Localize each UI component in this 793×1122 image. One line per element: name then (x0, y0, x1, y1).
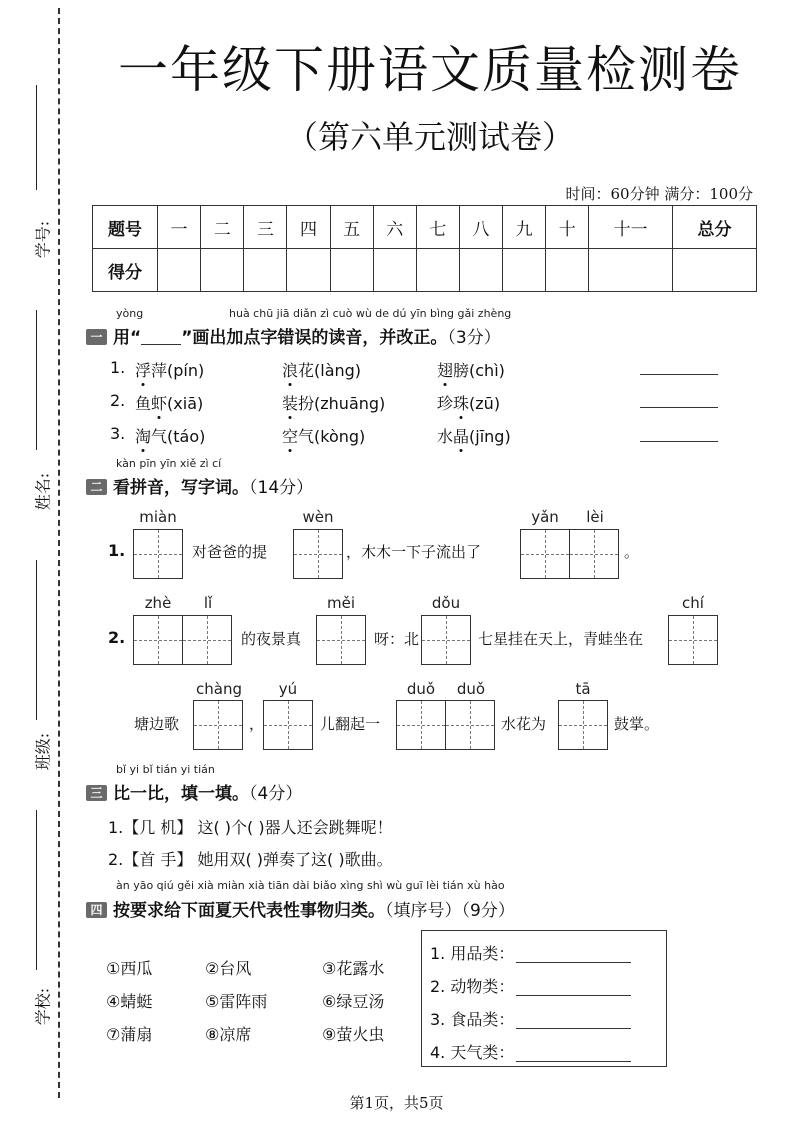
s1-item: 珍珠(zū) (437, 391, 500, 414)
time-info: 时间：60分钟 满分：100分 (566, 183, 754, 204)
s1-item: 翅膀(chì) (437, 358, 505, 381)
score-cell[interactable] (416, 249, 459, 292)
s4-option: ③花露水 (322, 956, 384, 979)
section3-points: （4分） (249, 784, 302, 804)
writing-grid[interactable] (421, 615, 471, 665)
score-cell[interactable] (503, 249, 546, 292)
score-cell[interactable] (330, 249, 373, 292)
score-cell[interactable] (244, 249, 287, 292)
row-label-score: 得分 (93, 249, 158, 292)
school-label: 学校: (31, 987, 54, 1027)
score-cell[interactable] (589, 249, 673, 292)
s1-item: 淘气(táo) (135, 424, 205, 447)
s2-text: ， (249, 713, 264, 734)
section2-pinyin: kàn pīn yīn xiě zì cí (116, 457, 221, 470)
s4-option: ②台风 (205, 956, 251, 979)
student-id-label: 学号: (31, 220, 54, 260)
score-value-row: 得分 (93, 249, 757, 292)
writing-grid[interactable] (558, 700, 608, 750)
writing-grid[interactable] (520, 529, 619, 579)
s1-item: 鱼虾(xiā) (135, 391, 203, 414)
s2-text: 水花为 (501, 713, 546, 734)
s2-text: 。 (624, 541, 639, 562)
s2-q1-num: 1. (108, 541, 125, 560)
section3-title: 比一比，填一填。 (113, 784, 249, 804)
section3-heading: 三比一比，填一填。（4分） (86, 779, 302, 804)
s1-row2-num: 2. (110, 391, 125, 410)
s2-text: 七星挂在天上，青蛙坐在 (478, 628, 643, 649)
pinyin: dǒu (421, 594, 471, 612)
section1-badge: 一 (86, 329, 107, 345)
section4-title2: （填序号） (385, 901, 462, 921)
pinyin: zhè (133, 594, 183, 612)
pinyin: duǒ (446, 680, 496, 698)
category-box: 1. 用品类： 2. 动物类： 3. 食品类： 4. 天气类： (421, 930, 667, 1067)
section1-title-a: 用“ (113, 328, 141, 348)
writing-grid[interactable] (133, 615, 232, 665)
col-7: 七 (416, 206, 459, 249)
score-cell[interactable] (201, 249, 244, 292)
col-2: 二 (201, 206, 244, 249)
s2-text: 儿翻起一 (320, 713, 380, 734)
s1-answer-line-2[interactable] (640, 407, 718, 408)
col-total: 总分 (673, 206, 757, 249)
s1-row3-num: 3. (110, 424, 125, 443)
student-id-line[interactable] (36, 85, 37, 190)
writing-grid[interactable] (293, 529, 343, 579)
section3-pinyin: bǐ yi bǐ tián yi tián (116, 763, 215, 776)
page-number: 第1页，共5页 (0, 1092, 793, 1113)
s2-text: ，木木一下子流出了 (346, 541, 481, 562)
s4-option: ①西瓜 (106, 956, 152, 979)
score-table: 题号 一 二 三 四 五 六 七 八 九 十 十一 总分 得分 (92, 205, 757, 292)
pinyin: lǐ (183, 594, 233, 612)
s1-item: 装扮(zhuāng) (282, 391, 385, 414)
s4-option: ⑦蒲扇 (106, 1022, 152, 1045)
section2-heading: 二看拼音，写字词。（14分） (86, 473, 313, 498)
score-cell[interactable] (158, 249, 201, 292)
class-label: 班级: (31, 732, 54, 772)
writing-grid[interactable] (263, 700, 313, 750)
writing-grid[interactable] (668, 615, 718, 665)
writing-grid[interactable] (396, 700, 495, 750)
underline-sample (141, 344, 181, 345)
section4-heading: 四按要求给下面夏天代表性事物归类。（填序号）（9分） (86, 896, 515, 921)
score-cell[interactable] (673, 249, 757, 292)
pinyin: chàng (193, 680, 245, 698)
col-9: 九 (503, 206, 546, 249)
s2-text: 呀：北 (374, 628, 419, 649)
s2-text: 鼓掌。 (614, 713, 659, 734)
s2-text: 的夜景真 (241, 628, 301, 649)
score-cell[interactable] (287, 249, 330, 292)
pinyin: duǒ (396, 680, 446, 698)
section1-heading: 一用“”画出加点字错误的读音，并改正。（3分） (86, 323, 501, 348)
col-5: 五 (330, 206, 373, 249)
col-3: 三 (244, 206, 287, 249)
s1-answer-line-1[interactable] (640, 374, 718, 375)
s4-option: ⑨萤火虫 (322, 1022, 384, 1045)
pinyin: wèn (293, 508, 343, 526)
pinyin: yú (263, 680, 313, 698)
section2-badge: 二 (86, 479, 107, 495)
s1-row1-num: 1. (110, 358, 125, 377)
cut-line (58, 8, 60, 1098)
s1-answer-line-3[interactable] (640, 441, 718, 442)
s2-text: 塘边歌 (134, 713, 179, 734)
section1-points: （3分） (447, 328, 500, 348)
s2-text: 对爸爸的提 (192, 541, 267, 562)
pinyin: miàn (133, 508, 183, 526)
s4-option: ⑤雷阵雨 (205, 989, 267, 1012)
name-label: 姓名: (31, 472, 54, 512)
pinyin: měi (316, 594, 366, 612)
section4-title: 按要求给下面夏天代表性事物归类。 (113, 901, 385, 921)
section1-pinyin-b: huà chū jiā diǎn zì cuò wù de dú yīn bìn… (229, 307, 511, 320)
category-row[interactable]: 4. 天气类： (430, 1040, 631, 1063)
category-row[interactable]: 2. 动物类： (430, 974, 631, 997)
section2-points: （14分） (249, 478, 313, 498)
class-line[interactable] (36, 560, 37, 720)
s1-item: 浮萍(pín) (135, 358, 204, 381)
pinyin: lèi (570, 508, 620, 526)
s1-item: 空气(kòng) (282, 424, 365, 447)
s3-row-1: 1.【几 机】 这( )个( )器人还会跳舞呢！ (108, 815, 393, 838)
writing-grid[interactable] (193, 700, 243, 750)
col-6: 六 (373, 206, 416, 249)
section3-badge: 三 (86, 785, 107, 801)
s1-item: 浪花(làng) (282, 358, 361, 381)
section4-pinyin: àn yāo qiú gěi xià miàn xià tiān dài biǎ… (116, 879, 505, 892)
pinyin: yǎn (520, 508, 570, 526)
pinyin: chí (668, 594, 718, 612)
col-4: 四 (287, 206, 330, 249)
s2-q2-num: 2. (108, 628, 125, 647)
section1-pinyin-a: yòng (116, 307, 143, 320)
row-label-question: 题号 (93, 206, 158, 249)
score-cell[interactable] (459, 249, 502, 292)
section4-badge: 四 (86, 902, 107, 918)
page-subtitle: （第六单元测试卷） (250, 112, 610, 158)
category-row[interactable]: 3. 食品类： (430, 1007, 631, 1030)
s1-item: 水晶(jīng) (437, 424, 511, 447)
school-line[interactable] (36, 810, 37, 970)
name-line[interactable] (36, 310, 37, 450)
s4-option: ④蜻蜓 (106, 989, 152, 1012)
pinyin: tā (558, 680, 608, 698)
s4-option: ⑥绿豆汤 (322, 989, 384, 1012)
section2-title: 看拼音，写字词。 (113, 478, 249, 498)
section4-points: （9分） (462, 901, 515, 921)
col-1: 一 (158, 206, 201, 249)
s3-row-2: 2.【首 手】 她用双( )弹奏了这( )歌曲。 (108, 847, 393, 870)
page-title: 一年级下册语文质量检测卷 (95, 30, 765, 102)
writing-grid[interactable] (316, 615, 366, 665)
writing-grid[interactable] (133, 529, 183, 579)
category-row[interactable]: 1. 用品类： (430, 941, 631, 964)
col-8: 八 (459, 206, 502, 249)
col-11: 十一 (589, 206, 673, 249)
score-cell[interactable] (373, 249, 416, 292)
score-header-row: 题号 一 二 三 四 五 六 七 八 九 十 十一 总分 (93, 206, 757, 249)
score-cell[interactable] (546, 249, 589, 292)
section1-title-b: ”画出加点字错误的读音，并改正。 (181, 328, 447, 348)
s4-option: ⑧凉席 (205, 1022, 251, 1045)
col-10: 十 (546, 206, 589, 249)
